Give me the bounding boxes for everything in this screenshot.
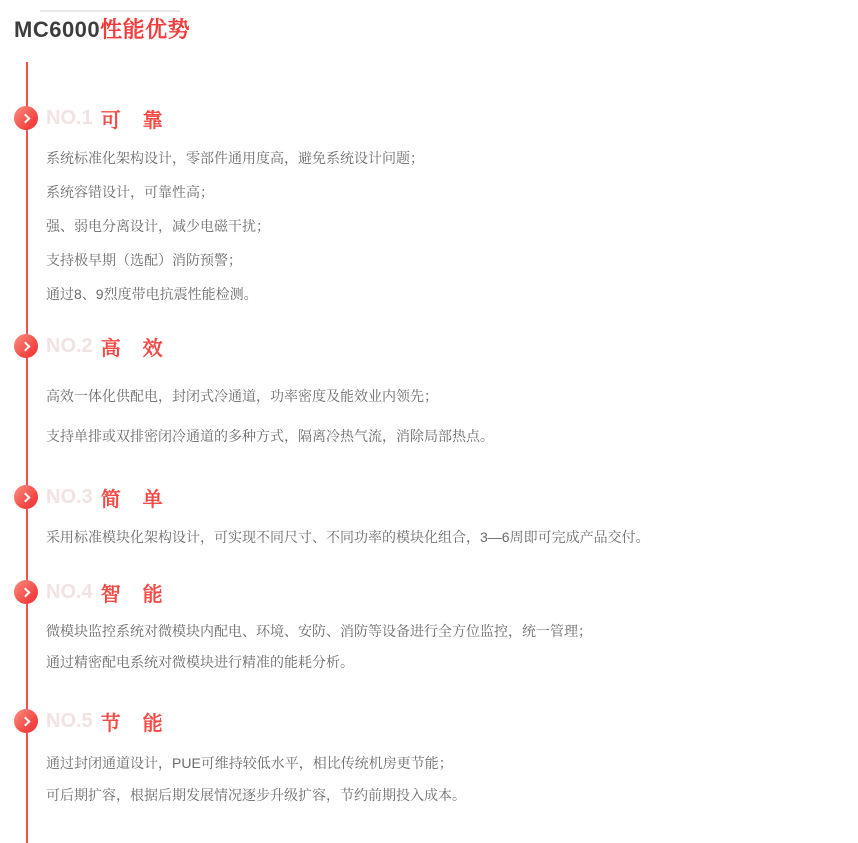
timeline-marker (14, 709, 38, 733)
section-title: 简 单 (101, 483, 164, 512)
section-title: 可 靠 (101, 104, 164, 133)
section-number: NO.5 (46, 710, 93, 733)
top-divider (40, 10, 180, 12)
section-heading: NO.4 智 能 (0, 580, 858, 604)
section-heading: NO.1 可 靠 (0, 106, 858, 130)
section-number: NO.4 (46, 581, 93, 604)
feature-line: 通过封闭通道设计，PUE可维持较低水平，相比传统机房更节能； (46, 753, 858, 773)
feature-line: 微模块监控系统对微模块内配电、环境、安防、消防等设备进行全方位监控，统一管理； (46, 621, 858, 641)
page: MC6000性能优势 NO.1 可 靠 系统标准化架构设计，零部件通用度高，避免… (0, 0, 858, 843)
feature-line: 系统标准化架构设计，零部件通用度高，避免系统设计问题； (46, 148, 858, 168)
section-number: NO.1 (46, 107, 93, 130)
timeline-marker (14, 334, 38, 358)
feature-line: 高效一体化供配电，封闭式冷通道，功率密度及能效业内领先； (46, 386, 858, 406)
feature-line: 强、弱电分离设计，减少电磁干扰； (46, 216, 858, 236)
advantage-section: NO.2 高 效 高效一体化供配电，封闭式冷通道，功率密度及能效业内领先；支持单… (0, 334, 858, 446)
advantage-section: NO.5 节 能 通过封闭通道设计，PUE可维持较低水平，相比传统机房更节能；可… (0, 709, 858, 805)
advantage-section: NO.3 简 单 采用标准模块化架构设计，可实现不同尺寸、不同功率的模块化组合，… (0, 485, 858, 547)
chevron-right-icon (20, 716, 30, 726)
feature-line: 系统容错设计，可靠性高； (46, 182, 858, 202)
section-heading: NO.5 节 能 (0, 709, 858, 733)
section-body: 系统标准化架构设计，零部件通用度高，避免系统设计问题；系统容错设计，可靠性高；强… (46, 148, 858, 304)
chevron-right-icon (20, 113, 30, 123)
section-title: 智 能 (101, 578, 164, 607)
section-number: NO.3 (46, 486, 93, 509)
timeline-marker (14, 580, 38, 604)
chevron-right-icon (20, 341, 30, 351)
advantage-section: NO.4 智 能 微模块监控系统对微模块内配电、环境、安防、消防等设备进行全方位… (0, 580, 858, 672)
section-body: 高效一体化供配电，封闭式冷通道，功率密度及能效业内领先；支持单排或双排密闭冷通道… (46, 386, 858, 446)
feature-line: 支持单排或双排密闭冷通道的多种方式，隔离冷热气流，消除局部热点。 (46, 426, 858, 446)
section-heading: NO.2 高 效 (0, 334, 858, 358)
timeline-marker (14, 485, 38, 509)
section-body: 采用标准模块化架构设计，可实现不同尺寸、不同功率的模块化组合，3—6周即可完成产… (46, 527, 858, 547)
feature-line: 可后期扩容，根据后期发展情况逐步升级扩容，节约前期投入成本。 (46, 785, 858, 805)
advantage-section: NO.1 可 靠 系统标准化架构设计，零部件通用度高，避免系统设计问题；系统容错… (0, 106, 858, 304)
feature-line: 通过8、9烈度带电抗震性能检测。 (46, 284, 858, 304)
title-highlight: 性能优势 (100, 17, 190, 42)
chevron-right-icon (20, 587, 30, 597)
section-number: NO.2 (46, 335, 93, 358)
section-body: 微模块监控系统对微模块内配电、环境、安防、消防等设备进行全方位监控，统一管理；通… (46, 621, 858, 672)
timeline: NO.1 可 靠 系统标准化架构设计，零部件通用度高，避免系统设计问题；系统容错… (0, 62, 858, 805)
page-title: MC6000性能优势 (14, 16, 190, 44)
product-name: MC6000 (14, 17, 100, 42)
feature-line: 支持极早期（选配）消防预警； (46, 250, 858, 270)
section-body: 通过封闭通道设计，PUE可维持较低水平，相比传统机房更节能；可后期扩容，根据后期… (46, 753, 858, 805)
feature-line: 通过精密配电系统对微模块进行精准的能耗分析。 (46, 652, 858, 672)
feature-line: 采用标准模块化架构设计，可实现不同尺寸、不同功率的模块化组合，3—6周即可完成产… (46, 527, 858, 547)
chevron-right-icon (20, 492, 30, 502)
section-title: 高 效 (101, 332, 164, 361)
timeline-marker (14, 106, 38, 130)
section-heading: NO.3 简 单 (0, 485, 858, 509)
section-title: 节 能 (101, 707, 164, 736)
